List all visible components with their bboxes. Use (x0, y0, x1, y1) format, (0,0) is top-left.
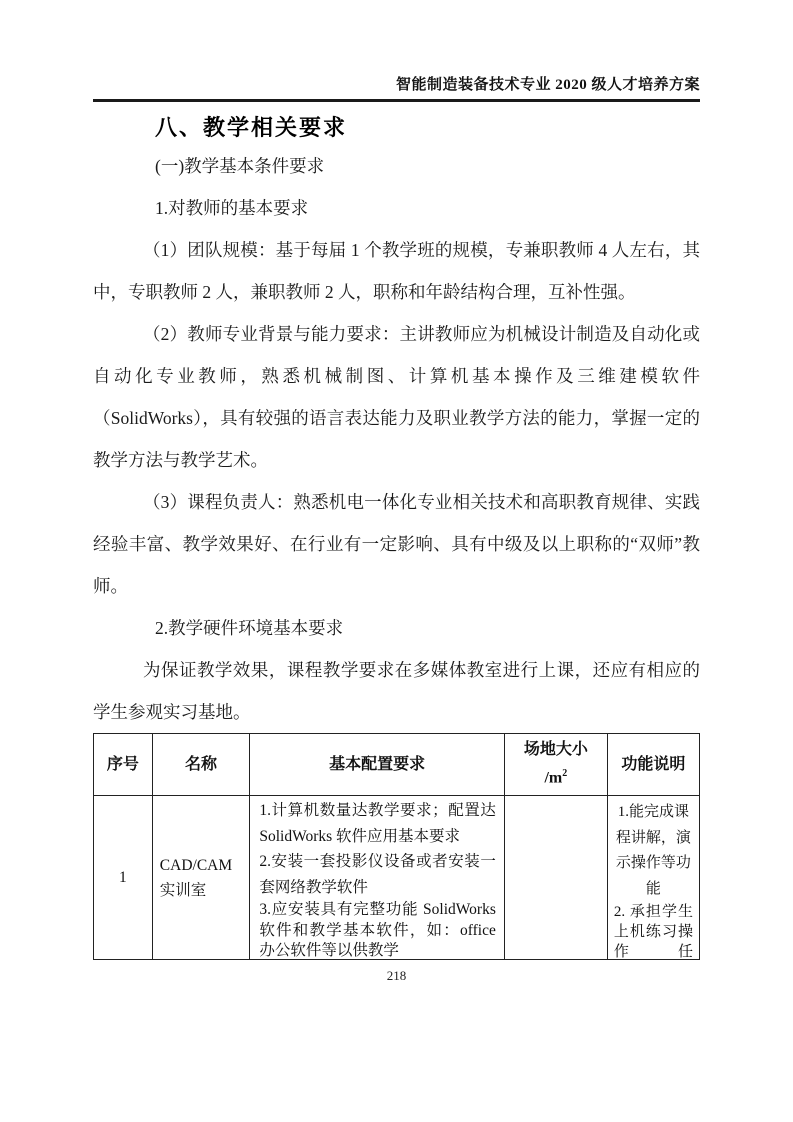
function-item-1: 1.能完成课程讲解，演示操作等功能 (614, 800, 693, 902)
paragraph-team-scale: （1）团队规模：基于每届 1 个教学班的规模，专兼职教师 4 人左右，其中，专职… (93, 229, 700, 313)
cell-area-size (504, 796, 607, 960)
config-clip: 1.计算机数量达教学要求；配置达 SolidWorks 软件应用基本要求 2.安… (259, 798, 496, 957)
document-page: 智能制造装备技术专业 2020 级人才培养方案 八、教学相关要求 (一)教学基本… (0, 0, 793, 1122)
header-rule (93, 99, 700, 102)
col-header-seq: 序号 (94, 734, 153, 796)
config-item-1: 1.计算机数量达教学要求；配置达 SolidWorks 软件应用基本要求 (259, 798, 496, 849)
col-header-area-unit: /m (544, 770, 562, 787)
numbered-heading-1: 1.对教师的基本要求 (93, 187, 700, 229)
subsection-heading: (一)教学基本条件要求 (93, 145, 700, 187)
col-header-area-line1: 场地大小 (524, 741, 588, 758)
table-row: 1 CAD/CAM 实训室 1.计算机数量达教学要求；配置达 SolidWork… (94, 796, 700, 960)
col-header-function: 功能说明 (607, 734, 699, 796)
page-number: 218 (93, 968, 700, 984)
paragraph-teacher-background: （2）教师专业背景与能力要求：主讲教师应为机械设计制造及自动化或自动化专业教师，… (93, 313, 700, 481)
paragraph-course-leader: （3）课程负责人：熟悉机电一体化专业相关技术和高职教育规律、实践经验丰富、教学效… (93, 481, 700, 607)
function-clip: 1.能完成课程讲解，演示操作等功能 2. 承担学生上机练习操作任 (614, 800, 693, 959)
cell-seq: 1 (94, 796, 153, 960)
table-header-row: 序号 名称 基本配置要求 场地大小 /m2 功能说明 (94, 734, 700, 796)
cell-room-name: CAD/CAM 实训室 (152, 796, 250, 960)
document-body: (一)教学基本条件要求 1.对教师的基本要求 （1）团队规模：基于每届 1 个教… (93, 145, 700, 733)
cell-config-requirements: 1.计算机数量达教学要求；配置达 SolidWorks 软件应用基本要求 2.安… (250, 796, 505, 960)
config-item-3: 3.应安装具有完整功能 SolidWorks 软件和教学基本软件，如：offic… (259, 900, 496, 957)
function-item-2: 2. 承担学生上机练习操作任 (614, 902, 693, 959)
config-item-2: 2.安装一套投影仪设备或者安装一套网络教学软件 (259, 849, 496, 900)
facility-requirements-table: 序号 名称 基本配置要求 场地大小 /m2 功能说明 1 CAD/CAM 实训室… (93, 733, 700, 960)
numbered-heading-2: 2.教学硬件环境基本要求 (93, 607, 700, 649)
col-header-name: 名称 (152, 734, 250, 796)
running-header: 智能制造装备技术专业 2020 级人才培养方案 (93, 76, 700, 94)
section-title: 八、教学相关要求 (93, 112, 700, 145)
col-header-config: 基本配置要求 (250, 734, 505, 796)
cell-function-description: 1.能完成课程讲解，演示操作等功能 2. 承担学生上机练习操作任 (607, 796, 699, 960)
running-header-title: 智能制造装备技术专业 2020 级人才培养方案 (396, 77, 700, 93)
col-header-area-sup: 2 (562, 768, 567, 779)
col-header-area: 场地大小 /m2 (504, 734, 607, 796)
paragraph-hardware-env: 为保证教学效果，课程教学要求在多媒体教室进行上课，还应有相应的学生参观实习基地。 (93, 649, 700, 733)
